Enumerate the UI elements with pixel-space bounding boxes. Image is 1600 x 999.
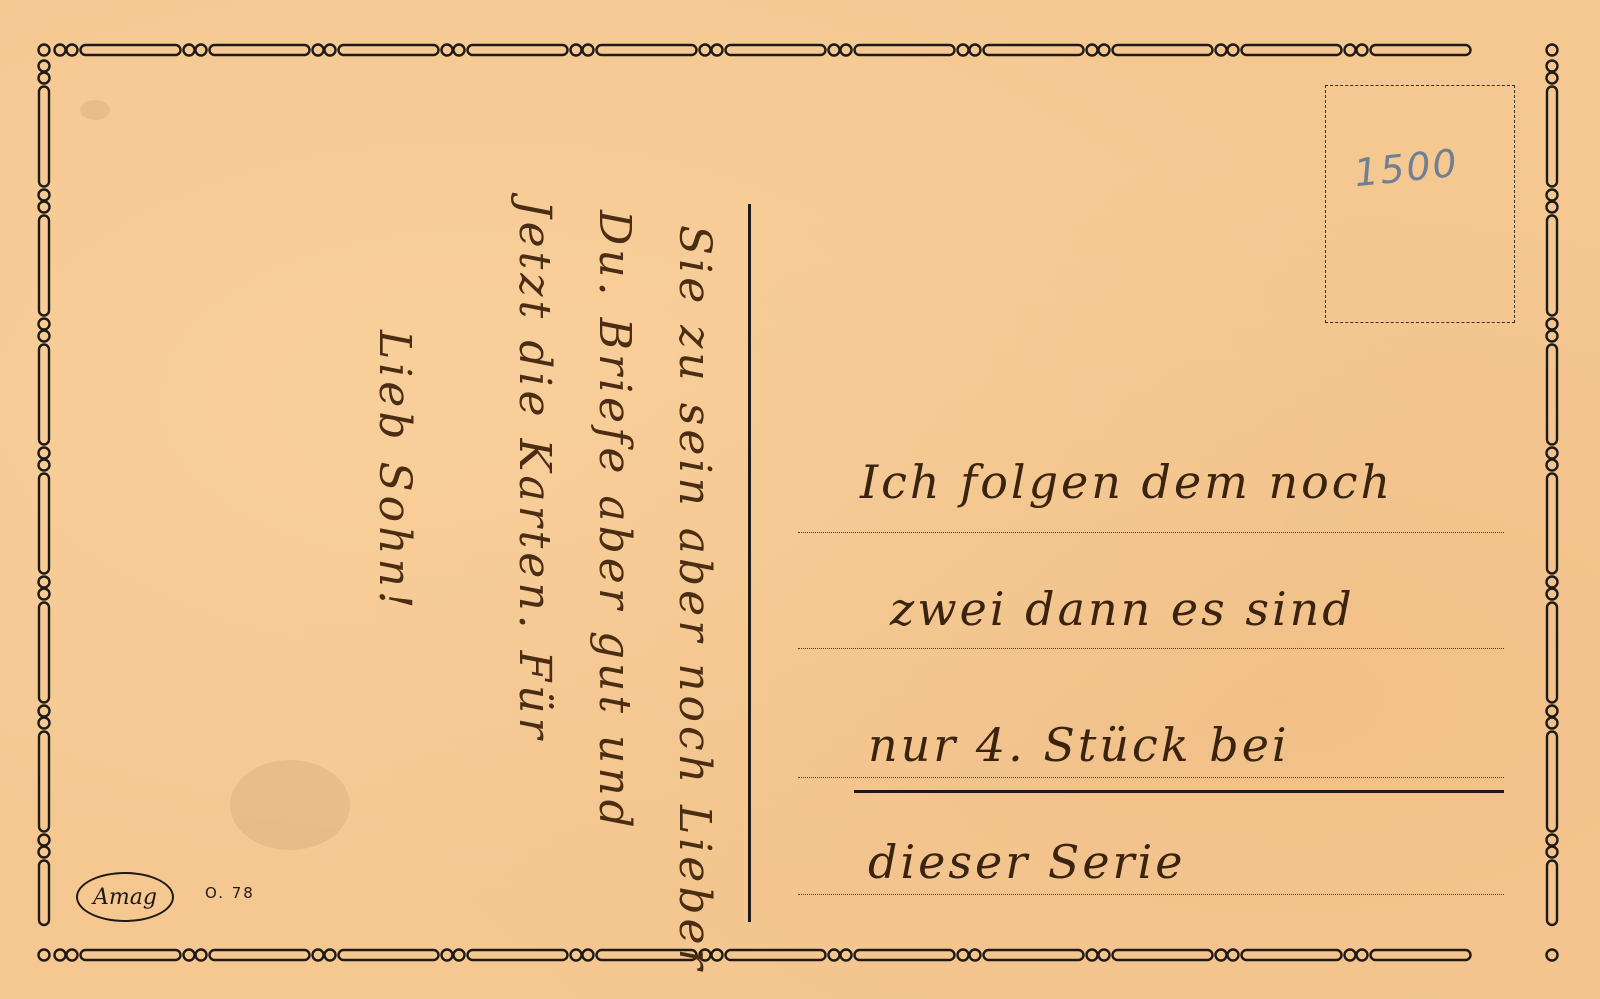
message-column-2: Jetzt die Karten. Für [509,200,560,743]
address-rule-solid [854,790,1504,793]
message-address-divider [748,204,751,922]
publisher-logo-text: Amag [93,885,157,910]
message-column-1: Lieb Sohn! [369,330,420,612]
address-rule-2 [798,648,1504,649]
pencil-note: 1500 [1352,141,1461,196]
message-column-3: Du. Briefe aber gut und [589,210,640,832]
address-line-1: Ich folgen dem noch [860,455,1500,509]
message-column-4: Sie zu sein aber noch Lieber [669,225,720,974]
postcard-back: 1500 Ich folgen dem noch zwei dann es si… [0,0,1600,999]
address-rule-4 [798,894,1504,895]
address-rule-3 [798,777,1504,778]
publisher-code: O. 78 [205,884,255,902]
address-line-2: zwei dann es sind [890,582,1530,636]
stamp-box: 1500 [1325,85,1515,323]
address-line-3: nur 4. Stück bei [868,718,1508,772]
address-rule-1 [798,532,1504,533]
address-line-4: dieser Serie [868,835,1508,889]
publisher-logo: Amag [76,872,174,922]
